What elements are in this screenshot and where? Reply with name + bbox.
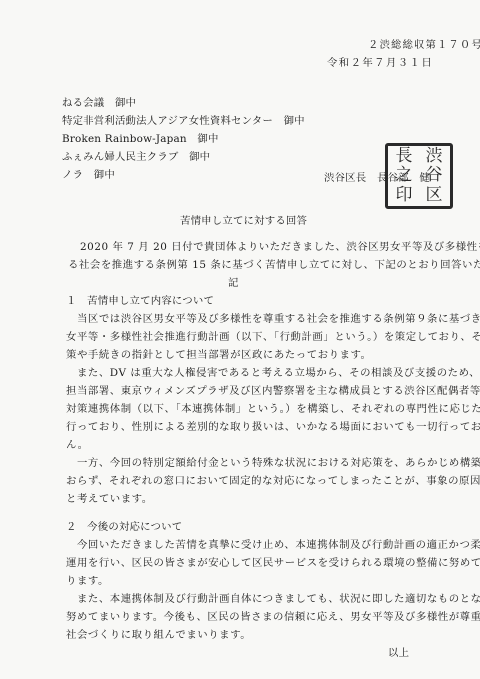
addressee: ノラ 御中 <box>62 169 115 182</box>
official-seal-stamp: 長 渋 之 谷 印 区 <box>385 143 453 209</box>
section2-line: 社会づくりに取り組んでまいります。 <box>66 629 251 642</box>
stamp-char: 長 <box>389 147 419 166</box>
intro-line: 2020 年 7 月 20 日付で貴団体よりいただきました、渋谷区男女平等及び多… <box>80 241 480 254</box>
addressee: Broken Rainbow-Japan 御中 <box>62 133 219 146</box>
section1-line: と考えています。 <box>66 493 153 506</box>
kigo-label: 記 <box>228 277 239 290</box>
section1-line: 策や手続きの指針として担当部署が区政にあたっております。 <box>66 349 372 362</box>
section2-line: また、本連携体制及び行動計画自体につきましても、状況に即した適切なものとなるよう <box>66 593 480 606</box>
section2-line: 今回いただきました苦情を真摯に受け止め、本連携体制及び行動計画の適正かつ柔軟な <box>66 539 480 552</box>
reference-number: ２渋総総収第１７０号 <box>368 39 480 52</box>
intro-line: る社会を推進する条例第 15 条に基づく苦情申し立てに対し、下記のとおり回答いた… <box>68 259 480 272</box>
section2-line: 努めてまいります。今後も、区民の皆さまの信頼に応え、男女平等及び多様性が尊重され… <box>66 611 480 624</box>
document-date: 令和２年７月３１日 <box>327 57 433 70</box>
stamp-char: 谷 <box>419 166 449 185</box>
section1-line: 女平等・多様性社会推進行動計画（以下、「行動計画」という。）を策定しており、それ… <box>66 331 480 344</box>
section1-line: ん。 <box>66 439 89 452</box>
document-title: 苦情申し立てに対する回答 <box>180 215 307 228</box>
section2-heading: ２ 今後の対応について <box>66 521 182 534</box>
section2-line: 運用を行い、区民の皆さまが安心して区民サービスを受けられる環境の整備に努めてまい <box>66 557 480 570</box>
section1-line: 行っており、性別による差別的な取り扱いは、いかなる場面においても一切行っておりま… <box>66 421 480 434</box>
section1-line: 担当部署、東京ウィメンズプラザ及び区内警察署を主な構成員とする渋谷区配偶者等暴力 <box>66 385 480 398</box>
section1-line: また、DV は重大な人権侵害であると考える立場から、その相談及び支援のため、渋谷… <box>66 367 480 380</box>
section1-line: 一方、今回の特別定額給付金という特殊な状況における対応策を、あらかじめ構築できて <box>66 457 480 470</box>
stamp-char: 区 <box>419 186 449 205</box>
section1-line: 当区では渋谷区男女平等及び多様性を尊重する社会を推進する条例第９条に基づき、男 <box>66 313 480 326</box>
section2-line: ります。 <box>66 575 109 588</box>
section1-line: おらず、それぞれの窓口において固定的な対応になってしまったことが、事象の原因であ… <box>66 475 480 488</box>
section1-heading: １ 苦情申し立て内容について <box>66 295 214 308</box>
closing-ijo: 以上 <box>388 647 409 660</box>
stamp-char: 印 <box>389 186 419 205</box>
addressee: ふぇみん婦人民主クラブ 御中 <box>62 151 210 164</box>
addressee: ねる会議 御中 <box>62 97 136 110</box>
section1-line: 対策連携体制（以下、「本連携体制」という。）を構築し、それぞれの専門性に応じた対… <box>66 403 480 416</box>
document-page: ２渋総総収第１７０号 令和２年７月３１日 ねる会議 御中 特定非営利活動法人アジ… <box>0 0 480 679</box>
addressee: 特定非営利活動法人アジア女性資料センター 御中 <box>62 115 305 128</box>
stamp-char: 之 <box>389 166 419 185</box>
stamp-char: 渋 <box>419 147 449 166</box>
